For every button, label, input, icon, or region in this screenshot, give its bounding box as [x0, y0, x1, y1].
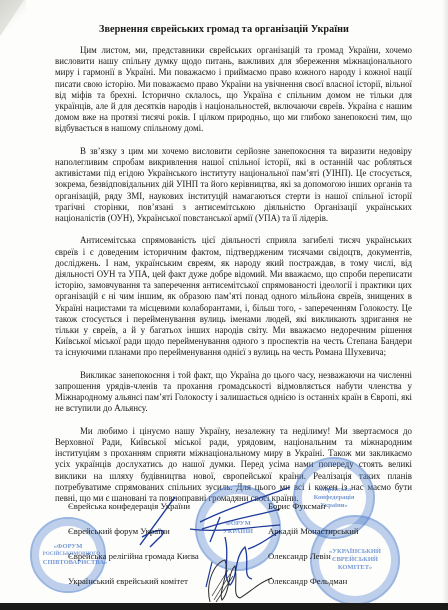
signatory-name-levin: Олександр Левін [268, 551, 331, 561]
signatory-org-confederation: Єврейська конфедерація України [68, 501, 190, 511]
signatory-org-ujc: Український єврейський комітет [68, 576, 188, 586]
letter-body: Цим листом, ми, представники єврейських … [55, 45, 412, 515]
signatory-org-religious-community: Єврейська релігійна громада Києва [68, 551, 199, 561]
paragraph-intro: Цим листом, ми, представники єврейських … [55, 45, 412, 135]
scan-bottom-edge [0, 603, 448, 610]
paragraph-ihra: Викликає занепокоєння і той факт, що Укр… [55, 370, 412, 415]
letter-title: Звернення єврейських громад та організац… [0, 24, 448, 35]
signatory-name-feldman: Олександр Фельдман [268, 576, 347, 586]
signatory-name-fuksman: Борис Фуксман [268, 501, 325, 511]
paragraph-antisemitism: Антисемітська спрямованість цієї діяльно… [55, 235, 412, 358]
signatory-name-monastyrskyi: Аркадій Монастирський [268, 526, 359, 536]
paragraph-concern-uinp: В зв’язку з цим ми хочемо висловити серй… [55, 146, 412, 224]
signature-block: «ФОРУМ РОСІЙСЬКОМОВНОГО СПІВТОВАРИСТВА» … [0, 497, 448, 603]
letter-page: Звернення єврейських громад та організац… [0, 0, 448, 603]
signatory-org-forum: Єврейський форум України [68, 526, 170, 536]
